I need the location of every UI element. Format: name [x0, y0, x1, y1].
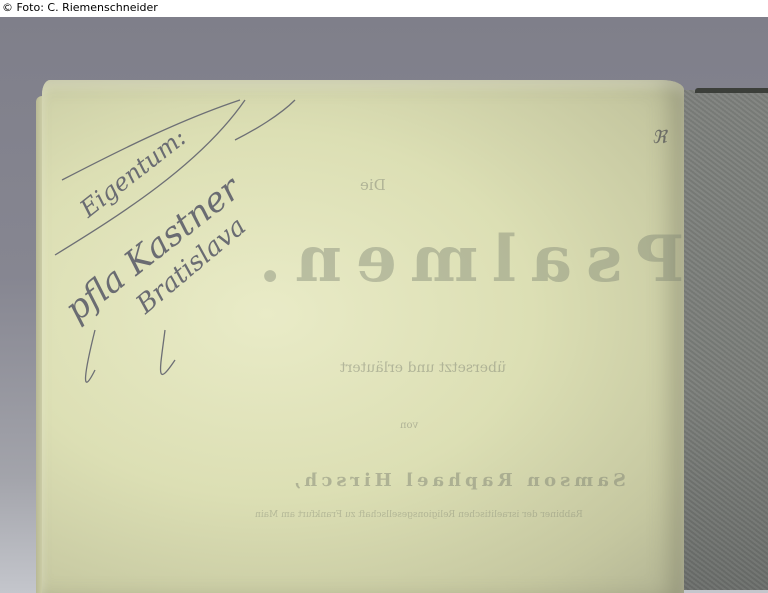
bleed-through-title: Psalmen. [245, 222, 684, 297]
bleed-through-subtitle: übersetzt und erläutert [340, 360, 506, 376]
pencil-corner-mark: ℜ [652, 127, 667, 148]
book-cover-edge [695, 88, 768, 93]
bleed-through-small-text: Rabbiner der israelitischen Religionsges… [255, 510, 583, 520]
bleed-through-die: Die [360, 176, 386, 194]
book-cover-board [682, 90, 768, 590]
bleed-through-von: von [400, 420, 418, 431]
photo-credit: © Foto: C. Riemenschneider [2, 1, 158, 15]
photo-credit-bar: © Foto: C. Riemenschneider [0, 0, 768, 17]
bleed-through-author: Samson Raphael Hirsch, [290, 470, 626, 491]
